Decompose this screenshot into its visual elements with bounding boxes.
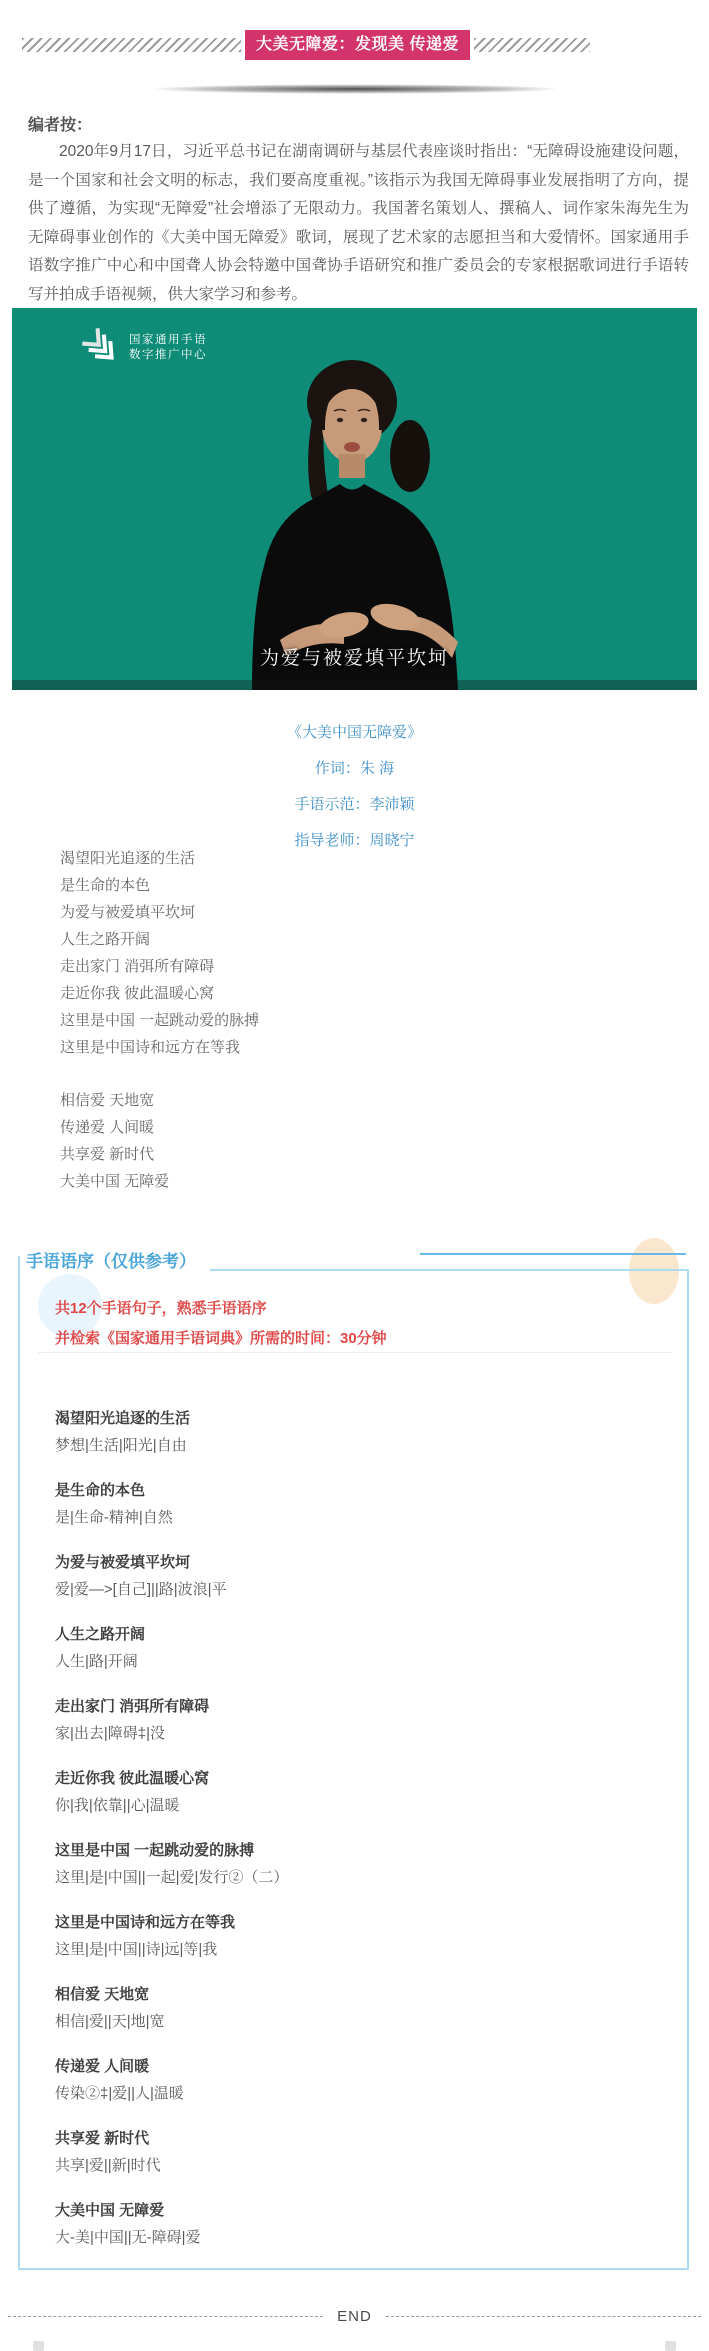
- gloss-entry-line: 传递爱 人间暖: [55, 2056, 655, 2077]
- decor-mark-left: [33, 2341, 44, 2351]
- gloss-entry-line: 走出家门 消弭所有障碍: [55, 1696, 655, 1717]
- sign-language-video[interactable]: 国家通用手语 数字推广中心 为爱与被爱填平坎坷: [12, 308, 697, 690]
- gloss-entry-line: 为爱与被爱填平坎坷: [55, 1552, 655, 1573]
- gloss-entry: 渴望阳光追逐的生活 梦想|生活|阳光|自由: [55, 1408, 655, 1456]
- header-slash-decoration-right: [474, 38, 590, 52]
- gloss-entry-line: 这里是中国诗和远方在等我: [55, 1912, 655, 1933]
- gloss-entry-gloss: 相信|爱||天|地|宽: [55, 2011, 655, 2032]
- logo: 国家通用手语 数字推广中心: [84, 330, 207, 366]
- lyric-line: 共享爱 新时代: [60, 1144, 154, 1166]
- gloss-entry: 为爱与被爱填平坎坷 爱|爱—>[自己]||路|波浪|平: [55, 1552, 655, 1600]
- shadow-divider: [92, 82, 618, 96]
- video-subtitle: 为爱与被爱填平坎坷: [12, 643, 697, 670]
- gloss-entry-line: 渴望阳光追逐的生活: [55, 1408, 655, 1429]
- lyric-line: 走出家门 消弭所有障碍: [60, 956, 214, 978]
- gloss-entry-gloss: 传染②‡|爱||人|温暖: [55, 2083, 655, 2104]
- gloss-entry-gloss: 大-美|中国||无-障碍|爱: [55, 2227, 655, 2248]
- sign-language-center-logo-icon: [77, 323, 128, 374]
- gloss-entry-gloss: 共享|爱||新|时代: [55, 2155, 655, 2176]
- gloss-entry-line: 人生之路开阔: [55, 1624, 655, 1645]
- gloss-entry-line: 是生命的本色: [55, 1480, 655, 1501]
- page-title: 大美无障爱：发现美 传递爱: [256, 36, 459, 53]
- gloss-entry-gloss: 人生|路|开阔: [55, 1651, 655, 1672]
- gloss-entry-gloss: 这里|是|中国||一起|爱|发行②（二）: [55, 1867, 655, 1888]
- gloss-intro-line1: 共12个手语句子，熟悉手语语序: [55, 1298, 267, 1320]
- gloss-entry: 相信爱 天地宽 相信|爱||天|地|宽: [55, 1984, 655, 2032]
- lyric-line: 传递爱 人间暖: [60, 1117, 154, 1139]
- lyric-line: 渴望阳光追逐的生活: [60, 848, 195, 870]
- gloss-entry-line: 共享爱 新时代: [55, 2128, 655, 2149]
- lyric-line: 走近你我 彼此温暖心窝: [60, 983, 214, 1005]
- section-decor-line: [420, 1253, 686, 1255]
- editor-note-paragraph: 2020年9月17日，习近平总书记在湖南调研与基层代表座谈时指出：“无障碍设施建…: [28, 138, 689, 309]
- gloss-entry: 这里是中国 一起跳动爱的脉搏 这里|是|中国||一起|爱|发行②（二）: [55, 1840, 655, 1888]
- gloss-entry: 共享爱 新时代 共享|爱||新|时代: [55, 2128, 655, 2176]
- gloss-entry: 是生命的本色 是|生命-精神|自然: [55, 1480, 655, 1528]
- lyric-line: 这里是中国 一起跳动爱的脉搏: [60, 1010, 259, 1032]
- end-dash-left: [8, 2316, 323, 2317]
- song-title: 《大美中国无障爱》: [0, 722, 709, 744]
- logo-text-line1: 国家通用手语: [129, 333, 207, 348]
- decor-mark-right: [665, 2341, 676, 2351]
- editor-note-label: 编者按：: [28, 112, 92, 135]
- section-title: 手语语序（仅供参考）: [20, 1247, 210, 1274]
- gloss-entry: 这里是中国诗和远方在等我 这里|是|中国||诗|远|等|我: [55, 1912, 655, 1960]
- gloss-entry-line: 这里是中国 一起跳动爱的脉搏: [55, 1840, 655, 1861]
- gloss-entry: 人生之路开阔 人生|路|开阔: [55, 1624, 655, 1672]
- end-label: END: [337, 2308, 372, 2325]
- lyric-line: 相信爱 天地宽: [60, 1090, 154, 1112]
- end-divider: END: [8, 2308, 701, 2325]
- gloss-entry-gloss: 梦想|生活|阳光|自由: [55, 1435, 655, 1456]
- logo-text-line2: 数字推广中心: [129, 348, 207, 363]
- credit-lyricist: 作词：朱 海: [0, 758, 709, 780]
- gloss-entry-line: 相信爱 天地宽: [55, 1984, 655, 2005]
- gloss-entry-gloss: 爱|爱—>[自己]||路|波浪|平: [55, 1579, 655, 1600]
- end-dash-right: [386, 2316, 701, 2317]
- gloss-entry-gloss: 你|我|依靠||心|温暖: [55, 1795, 655, 1816]
- credit-signer: 手语示范：李沛颖: [0, 794, 709, 816]
- gloss-entry-line: 走近你我 彼此温暖心窝: [55, 1768, 655, 1789]
- gloss-entry-gloss: 这里|是|中国||诗|远|等|我: [55, 1939, 655, 1960]
- lyric-line: 这里是中国诗和远方在等我: [60, 1037, 240, 1059]
- header-slash-decoration-left: [22, 38, 241, 52]
- gloss-entry: 走近你我 彼此温暖心窝 你|我|依靠||心|温暖: [55, 1768, 655, 1816]
- gloss-entry-gloss: 是|生命-精神|自然: [55, 1507, 655, 1528]
- lyric-line: 大美中国 无障爱: [60, 1171, 169, 1193]
- video-control-bar[interactable]: [12, 680, 697, 690]
- gloss-intro-line2: 并检索《国家通用手语词典》所需的时间：30分钟: [55, 1328, 387, 1350]
- lyric-line: 是生命的本色: [60, 875, 150, 897]
- lyric-line: 为爱与被爱填平坎坷: [60, 902, 195, 924]
- article-page: 大美无障爱：发现美 传递爱 编者按： 2020年9月17日，习近平总书记在湖南调…: [0, 0, 709, 2351]
- page-title-banner: 大美无障爱：发现美 传递爱: [245, 30, 470, 60]
- gloss-entry: 传递爱 人间暖 传染②‡|爱||人|温暖: [55, 2056, 655, 2104]
- logo-text: 国家通用手语 数字推广中心: [129, 333, 207, 363]
- lyric-line: 人生之路开阔: [60, 929, 150, 951]
- gloss-entry: 走出家门 消弭所有障碍 家|出去|障碍‡|没: [55, 1696, 655, 1744]
- gloss-entry: 大美中国 无障爱 大-美|中国||无-障碍|爱: [55, 2200, 655, 2248]
- gloss-entry-gloss: 家|出去|障碍‡|没: [55, 1723, 655, 1744]
- gloss-entry-line: 大美中国 无障爱: [55, 2200, 655, 2221]
- intro-divider: [38, 1352, 671, 1353]
